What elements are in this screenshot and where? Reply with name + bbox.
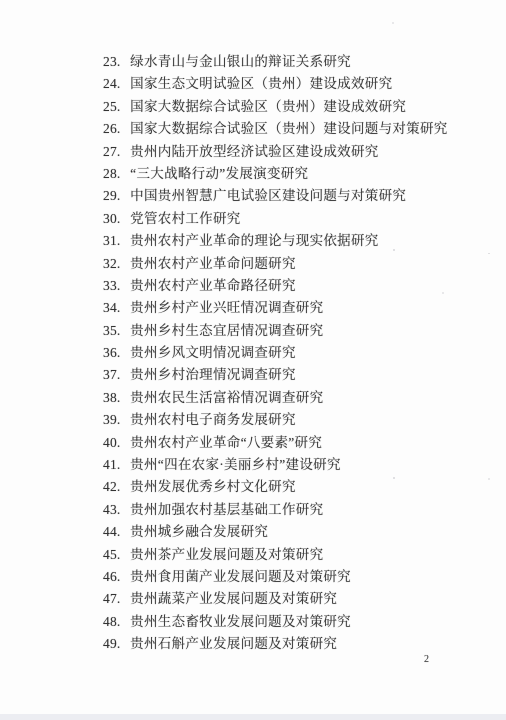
list-item: 47. 贵州蔬菜产业发展问题及对策研究	[103, 588, 448, 610]
list-item-number: 32.	[103, 253, 120, 275]
list-item: 38. 贵州农民生活富裕情况调查研究	[103, 387, 448, 409]
list-item: 25. 国家大数据综合试验区（贵州）建设成效研究	[103, 96, 448, 118]
scan-speck	[393, 249, 395, 251]
list-item: 41. 贵州“四在农家·美丽乡村”建设研究	[103, 454, 448, 476]
list-item: 24. 国家生态文明试验区（贵州）建设成效研究	[103, 73, 448, 95]
list-item: 37. 贵州乡村治理情况调查研究	[103, 364, 448, 386]
list-item-text: 贵州石斛产业发展问题及对策研究	[130, 636, 337, 651]
list-item: 23. 绿水青山与金山银山的辩证关系研究	[103, 51, 448, 73]
list-item: 32. 贵州农村产业革命问题研究	[103, 253, 448, 275]
list-item-text: 贵州“四在农家·美丽乡村”建设研究	[130, 457, 341, 472]
list-item-number: 25.	[103, 96, 120, 118]
list-item-text: 中国贵州智慧广电试验区建设问题与对策研究	[130, 188, 406, 203]
list-item: 26. 国家大数据综合试验区（贵州）建设问题与对策研究	[103, 118, 448, 140]
list-item-text: 贵州农村产业革命“八要素”研究	[130, 435, 322, 450]
list-item: 44. 贵州城乡融合发展研究	[103, 521, 448, 543]
list-item-number: 29.	[103, 185, 120, 207]
list-item-text: 贵州食用菌产业发展问题及对策研究	[130, 569, 351, 584]
list-item-number: 24.	[103, 73, 120, 95]
list-item-number: 26.	[103, 118, 120, 140]
list-item: 45. 贵州茶产业发展问题及对策研究	[103, 544, 448, 566]
list-item-text: 贵州乡风文明情况调查研究	[130, 345, 296, 360]
list-item: 27. 贵州内陆开放型经济试验区建设成效研究	[103, 141, 448, 163]
list-item-number: 47.	[103, 588, 120, 610]
topic-list: 23. 绿水青山与金山银山的辩证关系研究 24. 国家生态文明试验区（贵州）建设…	[103, 51, 448, 656]
list-item-text: 国家大数据综合试验区（贵州）建设成效研究	[130, 99, 406, 114]
list-item-number: 38.	[103, 387, 120, 409]
list-item-text: 贵州内陆开放型经济试验区建设成效研究	[130, 144, 378, 159]
list-item: 46. 贵州食用菌产业发展问题及对策研究	[103, 566, 448, 588]
document-page: 23. 绿水青山与金山银山的辩证关系研究 24. 国家生态文明试验区（贵州）建设…	[0, 0, 506, 720]
list-item: 40. 贵州农村产业革命“八要素”研究	[103, 432, 448, 454]
list-item-text: 贵州乡村生态宜居情况调查研究	[130, 323, 323, 338]
list-item-text: 党管农村工作研究	[130, 211, 240, 226]
list-item-number: 27.	[103, 141, 120, 163]
list-item: 29. 中国贵州智慧广电试验区建设问题与对策研究	[103, 185, 448, 207]
list-item-text: 贵州乡村产业兴旺情况调查研究	[130, 300, 323, 315]
list-item: 30. 党管农村工作研究	[103, 208, 448, 230]
list-item-number: 31.	[103, 230, 120, 252]
scan-speck	[488, 253, 490, 254]
page-number: 2	[424, 654, 429, 665]
list-item-text: 贵州农村产业革命问题研究	[130, 256, 296, 271]
scan-edge-band	[0, 714, 506, 720]
list-item-number: 37.	[103, 364, 120, 386]
list-item-number: 42.	[103, 476, 120, 498]
list-item: 48. 贵州生态畜牧业发展问题及对策研究	[103, 611, 448, 633]
list-item-number: 48.	[103, 611, 120, 633]
list-item-number: 46.	[103, 566, 120, 588]
list-item-number: 49.	[103, 633, 120, 655]
list-item-text: 贵州加强农村基层基础工作研究	[130, 502, 323, 517]
list-item: 33. 贵州农村产业革命路径研究	[103, 275, 448, 297]
list-item-number: 36.	[103, 342, 120, 364]
list-item-text: 贵州农村产业革命的理论与现实依据研究	[130, 233, 378, 248]
scan-speck	[203, 646, 206, 647]
list-item-text: 贵州乡村治理情况调查研究	[130, 367, 296, 382]
list-item-text: 贵州农村产业革命路径研究	[130, 278, 296, 293]
list-item-text: “三大战略行动”发展演变研究	[130, 166, 308, 181]
list-item-number: 23.	[103, 51, 120, 73]
list-item-number: 35.	[103, 320, 120, 342]
list-item-number: 34.	[103, 297, 120, 319]
list-item-number: 44.	[103, 521, 120, 543]
list-item: 49. 贵州石斛产业发展问题及对策研究	[103, 633, 448, 655]
list-item-number: 45.	[103, 544, 120, 566]
list-item: 39. 贵州农村电子商务发展研究	[103, 409, 448, 431]
list-item-text: 贵州茶产业发展问题及对策研究	[130, 547, 323, 562]
list-item-text: 贵州生态畜牧业发展问题及对策研究	[130, 614, 351, 629]
scan-speck	[392, 22, 394, 24]
list-item-number: 39.	[103, 409, 120, 431]
list-item-text: 贵州农民生活富裕情况调查研究	[130, 390, 323, 405]
list-item: 42. 贵州发展优秀乡村文化研究	[103, 476, 448, 498]
list-item-text: 贵州城乡融合发展研究	[130, 524, 268, 539]
list-item-text: 绿水青山与金山银山的辩证关系研究	[130, 54, 351, 69]
scan-speck	[442, 292, 444, 294]
list-item-text: 国家生态文明试验区（贵州）建设成效研究	[130, 76, 392, 91]
list-item-number: 30.	[103, 208, 120, 230]
list-item: 43. 贵州加强农村基层基础工作研究	[103, 499, 448, 521]
list-item-text: 贵州农村电子商务发展研究	[130, 412, 296, 427]
list-item-text: 贵州发展优秀乡村文化研究	[130, 479, 296, 494]
list-item-number: 40.	[103, 432, 120, 454]
list-item-number: 28.	[103, 163, 120, 185]
list-item: 34. 贵州乡村产业兴旺情况调查研究	[103, 297, 448, 319]
list-item-number: 43.	[103, 499, 120, 521]
scan-speck	[488, 478, 490, 480]
list-item-text: 贵州蔬菜产业发展问题及对策研究	[130, 591, 337, 606]
list-item: 35. 贵州乡村生态宜居情况调查研究	[103, 320, 448, 342]
list-item-number: 33.	[103, 275, 120, 297]
list-item-number: 41.	[103, 454, 120, 476]
list-item: 28. “三大战略行动”发展演变研究	[103, 163, 448, 185]
scan-speck	[393, 477, 395, 479]
list-item: 36. 贵州乡风文明情况调查研究	[103, 342, 448, 364]
list-item: 31. 贵州农村产业革命的理论与现实依据研究	[103, 230, 448, 252]
list-item-text: 国家大数据综合试验区（贵州）建设问题与对策研究	[130, 121, 447, 136]
